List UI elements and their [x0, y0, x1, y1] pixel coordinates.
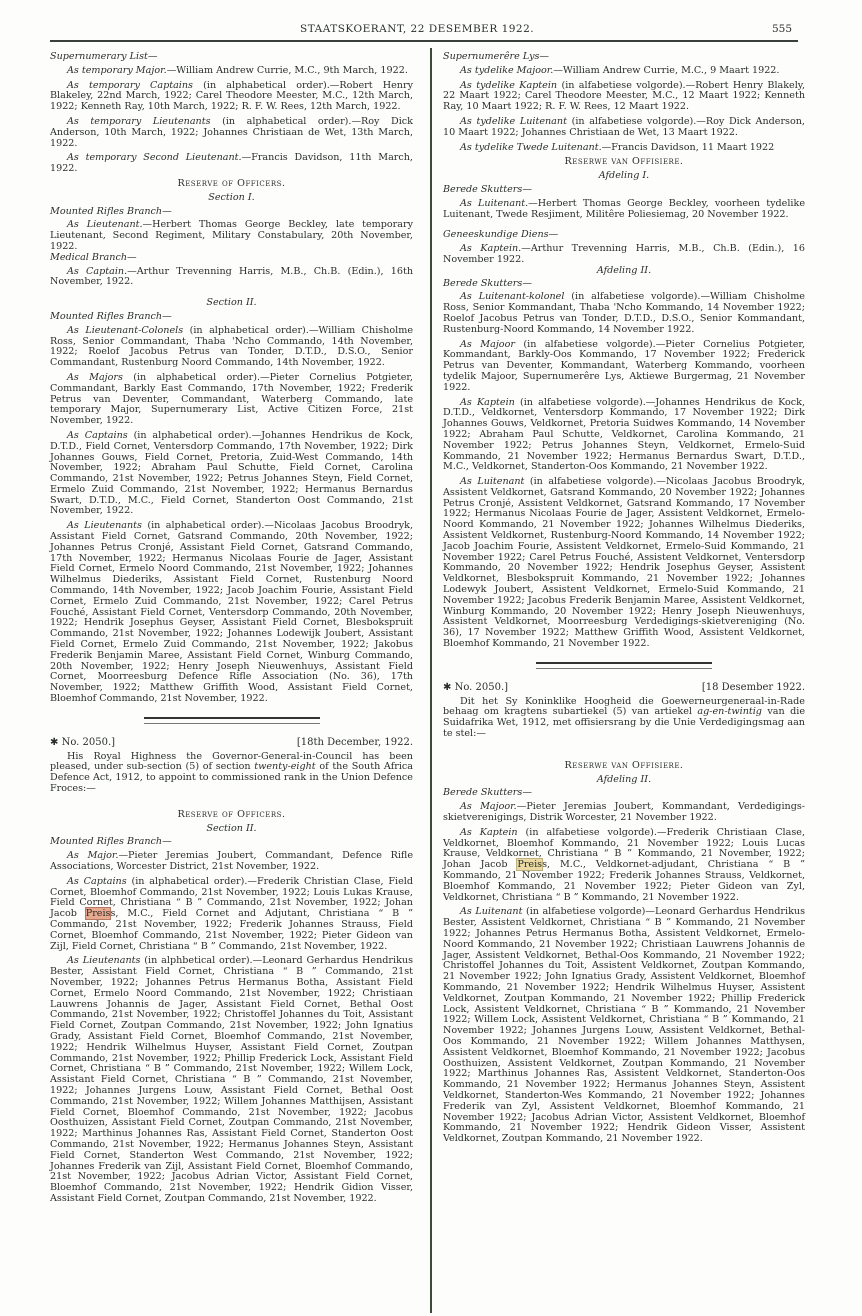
reserve-title: Reserwe van Offisiere.: [443, 761, 805, 772]
page-header: STAATSKOERANT, 22 DESEMBER 1922. 555: [50, 21, 798, 41]
branch-heading: Mounted Rifles Branch—: [50, 312, 413, 323]
paragraph: As Lieutenant-Colonels (in alphabetical …: [50, 326, 413, 369]
notice-number: ✱ No. 2050.]: [50, 738, 115, 749]
branch-heading: Medical Branch—: [50, 253, 413, 264]
notice-intro: His Royal Highness the Governor-General-…: [50, 752, 413, 795]
notice-date: [18 Desember 1922.: [702, 683, 805, 694]
paragraph: As tydelike Luitenant (in alfabetiese vo…: [443, 117, 805, 139]
branch-heading: Berede Skutters—: [443, 185, 805, 196]
paragraph: As tydelike Majoor.—William Andrew Curri…: [443, 66, 805, 77]
paragraph: As Lieutenants (in alphabetical order).—…: [50, 521, 413, 705]
paragraph: As Majoor (in alfabetiese volgorde).—Pie…: [443, 340, 805, 394]
paragraph: As Luitenant (in alfabetiese volgorde).—…: [443, 477, 805, 650]
paragraph: As Luitenant.—Herbert Thomas George Beck…: [443, 199, 805, 221]
paragraph: As tydelike Kaptein (in alfabetiese volg…: [443, 81, 805, 113]
branch-heading: Berede Skutters—: [443, 279, 805, 290]
star-icon: ✱: [50, 737, 62, 748]
page-number: 555: [772, 23, 792, 35]
paragraph: As Lieutenant.—Herbert Thomas George Bec…: [50, 220, 413, 252]
section-heading: Supernumerary List—: [50, 52, 413, 63]
section-title: Section II.: [50, 298, 413, 309]
section-heading: Supernumerêre Lys—: [443, 52, 805, 63]
gazette-title: STAATSKOERANT, 22 DESEMBER 1922.: [300, 23, 534, 35]
notice-header: ✱ No. 2050.] [18th December, 1922.: [50, 738, 413, 749]
notice-header: ✱ No. 2050.] [18 Desember 1922.: [443, 683, 805, 694]
header-rule: [50, 40, 798, 42]
paragraph: As Major.—Pieter Jeremias Joubert, Comma…: [50, 851, 413, 873]
section-title: Section II.: [50, 824, 413, 835]
section-title: Afdeling I.: [443, 171, 805, 182]
separator-rule: [144, 717, 320, 724]
column-english: Supernumerary List— As temporary Major.—…: [50, 50, 413, 1209]
reserve-title: Reserve of Officers.: [50, 810, 413, 821]
branch-heading: Geneeskundige Diens—: [443, 230, 805, 241]
paragraph: As temporary Lieutenants (in alphabetica…: [50, 117, 413, 149]
paragraph: As temporary Captains (in alphabetical o…: [50, 81, 413, 113]
paragraph: As Luitenant-kolonel (in alfabetiese vol…: [443, 292, 805, 335]
search-highlight[interactable]: Preis: [517, 859, 542, 870]
paragraph: As temporary Major.—William Andrew Curri…: [50, 66, 413, 77]
section-title: Section I.: [50, 193, 413, 204]
paragraph: As Kaptein (in alfabetiese volgorde).—Fr…: [443, 828, 805, 904]
paragraph: As Majors (in alphabetical order).—Piete…: [50, 373, 413, 427]
star-icon: ✱: [443, 682, 455, 693]
branch-heading: Mounted Rifles Branch—: [50, 207, 413, 218]
column-divider: [430, 48, 432, 1313]
reserve-title: Reserve of Officers.: [50, 179, 413, 190]
paragraph: As Majoor.—Pieter Jeremias Joubert, Komm…: [443, 802, 805, 824]
notice-number: ✱ No. 2050.]: [443, 683, 508, 694]
notice-intro: Dit het Sy Koninklike Hoogheid die Goewe…: [443, 697, 805, 740]
separator-rule: [536, 662, 712, 669]
paragraph: As tydelike Twede Luitenant.—Francis Dav…: [443, 143, 805, 154]
paragraph: As Luitenant (in alfabetiese volgorde)—L…: [443, 907, 805, 1145]
notice-date: [18th December, 1922.: [297, 738, 413, 749]
branch-heading: Mounted Rifles Branch—: [50, 837, 413, 848]
paragraph: As Kaptein.—Arthur Trevenning Harris, M.…: [443, 244, 805, 266]
section-title: Afdeling II.: [443, 775, 805, 786]
paragraph: As Lieutenants (in alphbetical order).—L…: [50, 956, 413, 1204]
branch-heading: Berede Skutters—: [443, 788, 805, 799]
column-afrikaans: Supernumerêre Lys— As tydelike Majoor.—W…: [443, 50, 805, 1149]
paragraph: As Captains (in alphabetical order).—Joh…: [50, 431, 413, 517]
paragraph: As Kaptein (in alfabetiese volgorde).—Jo…: [443, 398, 805, 474]
paragraph: As Captain.—Arthur Trevenning Harris, M.…: [50, 267, 413, 289]
search-highlight[interactable]: Preis: [86, 908, 111, 919]
paragraph: As Captains (in alphabetical order).—Fre…: [50, 877, 413, 953]
paragraph: As temporary Second Lieutenant.—Francis …: [50, 153, 413, 175]
section-title: Afdeling II.: [443, 266, 805, 277]
reserve-title: Reserwe van Offisiere.: [443, 157, 805, 168]
